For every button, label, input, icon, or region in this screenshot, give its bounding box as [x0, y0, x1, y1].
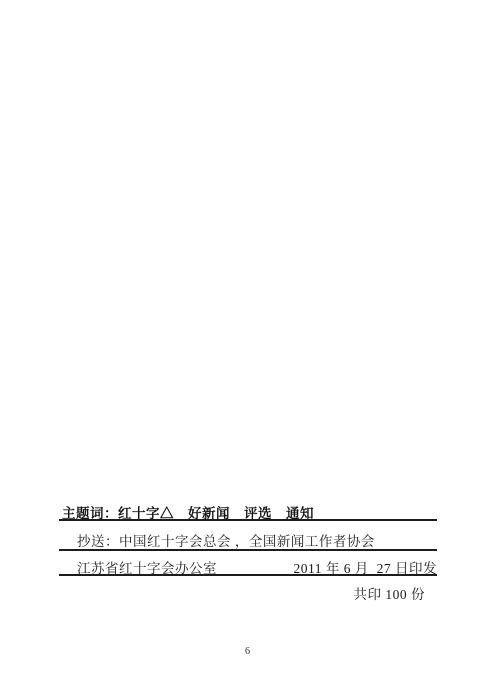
- horizontal-rule-bottom: [59, 574, 437, 576]
- horizontal-rule-middle: [59, 549, 437, 551]
- horizontal-rule-top: [59, 519, 437, 521]
- page-number: 6: [0, 646, 495, 657]
- document-footer: 主题词：红十字△ 好新闻 评选 通知 抄送：中国红十字会总会 ，全国新闻工作者协…: [0, 0, 495, 700]
- copies-printed: 共印 100 份: [354, 583, 426, 603]
- document-page: 主题词：红十字△ 好新闻 评选 通知 抄送：中国红十字会总会 ，全国新闻工作者协…: [0, 0, 495, 700]
- cc-line: 抄送：中国红十字会总会 ，全国新闻工作者协会: [77, 530, 375, 550]
